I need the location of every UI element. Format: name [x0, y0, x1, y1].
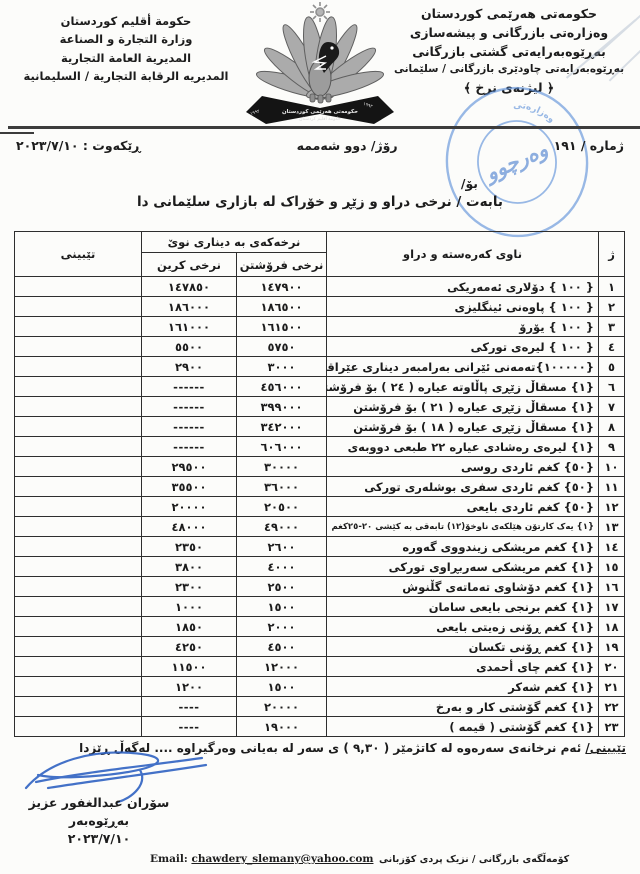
buy-price-value: ١٦١٠٠٠ — [141, 317, 236, 337]
row-number: ٩ — [599, 437, 625, 457]
note-cell — [14, 297, 141, 317]
header-kurdish-line: وەزارەتی بازرگانی و پیشەسازی — [384, 24, 634, 43]
sell-price-value: ١٨٦٥٠٠ — [237, 297, 327, 317]
footer-contact-line: کۆمەڵگەی بازرگانی / نزیک پردی کۆزبانی Em… — [0, 847, 636, 866]
blue-round-stamp: وەزارەتی بازرگانی و پیشەسازی وەرچوو — [432, 74, 602, 249]
note-cell — [14, 717, 141, 737]
sell-price-value: ١٦١٥٠٠ — [237, 317, 327, 337]
item-name: {٥٠} کغم ئاردی سفری بوشلەری تورکی — [327, 477, 599, 497]
sell-price-value: ٢٦٠٠ — [237, 537, 327, 557]
document-day: رۆژ/ دوو شەممە — [297, 138, 398, 153]
sell-price-value: ١٩٠٠٠ — [237, 717, 327, 737]
table-row: ٦{١} مسقاڵ زێڕی پاڵاوتە عیارە ( ٢٤ ) بۆ … — [14, 377, 624, 397]
item-name: {١} کغم ڕۆنی زەیتی بایعی — [327, 617, 599, 637]
sell-price-value: ٣٦٠٠٠ — [237, 477, 327, 497]
column-header-price-group: نرخەکەی بە دیناری نوێ — [141, 232, 326, 253]
table-row: ١٣{١} یەک کارتۆن هێلکەی ناوخۆ(١٢) تابەقی… — [14, 517, 624, 537]
emblem-ribbon-text-bottom: حكومة أقليم كردستان — [299, 115, 341, 122]
item-name: { ١٠٠ } پاوەنی ئینگلیزی — [327, 297, 599, 317]
buy-price-value: ---- — [141, 697, 236, 717]
buy-price-value: ------ — [141, 437, 236, 457]
row-number: ١٠ — [599, 457, 625, 477]
email-label: Email: — [150, 853, 188, 865]
item-name: {١} کغم گۆشتی کار و بەرخ — [327, 697, 599, 717]
sell-price-value: ١٢٠٠٠ — [237, 657, 327, 677]
buy-price-value: ------ — [141, 377, 236, 397]
row-number: ١ — [599, 277, 625, 297]
buy-price-value: ٢٣٥٠ — [141, 537, 236, 557]
table-row: ٢٠{١} کغم چای أحمدی١٢٠٠٠١١٥٠٠ — [14, 657, 624, 677]
email-link[interactable]: chawdery_slemany@yahoo.com — [191, 853, 373, 865]
table-row: ٨{١} مسقاڵ زێڕی عیارە ( ١٨ ) بۆ فرۆشتن٣٤… — [14, 417, 624, 437]
buy-price-value: ٣٨٠٠ — [141, 557, 236, 577]
note-cell — [14, 697, 141, 717]
table-header-group-row: ژ ناوی کەرەستە و دراو نرخەکەی بە دیناری … — [14, 232, 624, 253]
row-number: ٢١ — [599, 677, 625, 697]
header-arabic-line: وزارة التجارة و الصناعة — [6, 30, 246, 48]
header-arabic-line: حكومة أقليم كوردستان — [6, 12, 246, 30]
note-label: تێبینی/ — [585, 741, 626, 755]
buy-price-value: ٢٩٠٠ — [141, 357, 236, 377]
row-number: ١٤ — [599, 537, 625, 557]
krg-eagle-emblem-icon: حکومەتی هەرێمی کوردستان حكومة أقليم كردس… — [240, 0, 400, 128]
item-name: {١٠٠٠٠٠}تەمەنی ئێرانی بەرامبەر دیناری عێ… — [327, 357, 599, 377]
buy-price-value: ١٢٠٠ — [141, 677, 236, 697]
item-name: {٥٠} کغم ئاردی بایعی — [327, 497, 599, 517]
buy-price-value: ٢٠٠٠٠ — [141, 497, 236, 517]
buy-price-value: ------ — [141, 397, 236, 417]
row-number: ٤ — [599, 337, 625, 357]
buy-price-value: ------ — [141, 417, 236, 437]
to-label: بۆ/ — [461, 176, 478, 191]
table-row: ١١{٥٠} کغم ئاردی سفری بوشلەری تورکی٣٦٠٠٠… — [14, 477, 624, 497]
row-number: ١٢ — [599, 497, 625, 517]
column-header-number: ژ — [599, 232, 625, 277]
sell-price-value: ٤٩٠٠٠ — [237, 517, 327, 537]
header-kurdish-block: حکومەتی هەرێمی کوردستان وەزارەتی بازرگان… — [384, 5, 634, 98]
table-row: ٥{١٠٠٠٠٠}تەمەنی ئێرانی بەرامبەر دیناری ع… — [14, 357, 624, 377]
price-table: ژ ناوی کەرەستە و دراو نرخەکەی بە دیناری … — [14, 231, 625, 737]
buy-price-value: ٣٥٥٠٠ — [141, 477, 236, 497]
table-row: ٣{ ١٠٠ } یۆرۆ١٦١٥٠٠١٦١٠٠٠ — [14, 317, 624, 337]
signature-date: ٢٠٢٣/٧/١٠ — [14, 830, 184, 848]
emblem-ribbon-text-top: حکومەتی هەرێمی کوردستان — [282, 108, 358, 115]
table-row: ٩{١} لیرەی رەشادی عیارە ٢٢ طبعی دووبەی٦٠… — [14, 437, 624, 457]
sell-price-value: ٢٠٠٠ — [237, 617, 327, 637]
table-row: ١٦{١} کغم دۆشاوی تەماتەی گڵنوش٢٥٠٠٢٣٠٠ — [14, 577, 624, 597]
row-number: ٦ — [599, 377, 625, 397]
column-header-notes: تێبینی — [14, 232, 141, 277]
header-divider-line — [8, 126, 640, 129]
row-number: ١٩ — [599, 637, 625, 657]
header-kurdish-line: بەڕێوەبەرایەتی گشتی بازرگانی — [384, 43, 634, 62]
note-cell — [14, 477, 141, 497]
document-number: ژمارە / ١٩١ — [554, 138, 624, 153]
scanned-price-list-document: { "header": { "right_lines": { "0": "حکو… — [0, 0, 640, 874]
header-arabic-line: المديرية العامة التجارية — [6, 49, 246, 67]
note-cell — [14, 517, 141, 537]
row-number: ٢٠ — [599, 657, 625, 677]
table-row: ١٥{١} کغم مریشکی سەربڕاوی تورکی٤٠٠٠٣٨٠٠ — [14, 557, 624, 577]
sell-price-value: ٥٧٥٠ — [237, 337, 327, 357]
table-row: ٧{١} مسقاڵ زێڕی عیارە ( ٢١ ) بۆ فرۆشتن٣٩… — [14, 397, 624, 417]
header-arabic-block: حكومة أقليم كوردستان وزارة التجارة و الص… — [6, 12, 246, 86]
signer-block: سۆران عبدالغفور عزیز بەڕێوەبەر ٢٠٢٣/٧/١٠ — [14, 794, 184, 848]
note-cell — [14, 437, 141, 457]
buy-price-value: ١٨٥٠ — [141, 617, 236, 637]
sell-price-value: ١٥٠٠ — [237, 597, 327, 617]
header-kurdish-line: بەڕێوەبەرایەتی چاودێری بازرگانی / سلێمان… — [384, 61, 634, 78]
item-name: {١} کغم برنجی بایعی سامان — [327, 597, 599, 617]
item-name: {١} کغم دۆشاوی تەماتەی گڵنوش — [327, 577, 599, 597]
item-name: { ١٠٠ } لیرەی تورکی — [327, 337, 599, 357]
office-address: کۆمەڵگەی بازرگانی / نزیک پردی کۆزبانی — [379, 854, 569, 865]
row-number: ٥ — [599, 357, 625, 377]
table-row: ٢{ ١٠٠ } پاوەنی ئینگلیزی١٨٦٥٠٠١٨٦٠٠٠ — [14, 297, 624, 317]
buy-price-value: ٢٩٥٠٠ — [141, 457, 236, 477]
buy-price-value: ٤٨٠٠٠ — [141, 517, 236, 537]
header-kurdish-line: حکومەتی هەرێمی کوردستان — [384, 5, 634, 24]
note-text: ئەم نرخانەی سەرەوە لە کاتژمێر ( ٩,٣٠ ) ی… — [79, 741, 585, 755]
note-cell — [14, 557, 141, 577]
note-cell — [14, 457, 141, 477]
note-cell — [14, 617, 141, 637]
header-arabic-line: المديريه الرقابة التجارية / السليمانية — [6, 67, 246, 85]
price-committee-title: ﴿ لیژنەی نرخ ﴾ — [384, 78, 634, 98]
row-number: ١١ — [599, 477, 625, 497]
note-cell — [14, 417, 141, 437]
item-name: {١} کغم شەکر — [327, 677, 599, 697]
table-row: ١٩{١} کغم ڕۆنی تکسان٤٥٠٠٤٢٥٠ — [14, 637, 624, 657]
sell-price-value: ٣٠٠٠٠ — [237, 457, 327, 477]
table-row: ٤{ ١٠٠ } لیرەی تورکی٥٧٥٠٥٥٠٠ — [14, 337, 624, 357]
sell-price-value: ٣٩٩٠٠٠ — [237, 397, 327, 417]
table-row: ٢١{١} کغم شەکر١٥٠٠١٢٠٠ — [14, 677, 624, 697]
item-name: {١} کغم گۆشتی ( قیمە ) — [327, 717, 599, 737]
document-meta-row: ژمارە / ١٩١ رۆژ/ دوو شەممە ڕێکەوت : ٢٠٢٣… — [0, 138, 640, 153]
buy-price-value: ٢٣٠٠ — [141, 577, 236, 597]
item-name: {١} مسقاڵ زێڕی عیارە ( ١٨ ) بۆ فرۆشتن — [327, 417, 599, 437]
note-cell — [14, 637, 141, 657]
email-group: Email: chawdery_slemany@yahoo.com — [150, 853, 373, 865]
note-cell — [14, 357, 141, 377]
row-number: ١٧ — [599, 597, 625, 617]
row-number: ٢٢ — [599, 697, 625, 717]
sell-price-value: ١٥٠٠ — [237, 677, 327, 697]
signer-title: بەڕێوەبەر — [14, 812, 184, 830]
table-row: ٢٣{١} کغم گۆشتی ( قیمە )١٩٠٠٠---- — [14, 717, 624, 737]
item-name: {١} کغم ڕۆنی تکسان — [327, 637, 599, 657]
item-name: {١} کغم مریشکی زیندووی گەورە — [327, 537, 599, 557]
table-row: ١٤{١} کغم مریشکی زیندووی گەورە٢٦٠٠٢٣٥٠ — [14, 537, 624, 557]
row-number: ٧ — [599, 397, 625, 417]
subject-line: بابەت / نرخی دراو و زێڕ و خۆراک لە بازار… — [0, 194, 640, 210]
sell-price-value: ٤٥٦٠٠٠ — [237, 377, 327, 397]
table-row: ٢٢{١} کغم گۆشتی کار و بەرخ٢٠٠٠٠---- — [14, 697, 624, 717]
note-cell — [14, 397, 141, 417]
footer-note-line: تێبینی/ ئەم نرخانەی سەرەوە لە کاتژمێر ( … — [14, 741, 626, 755]
row-number: ٢٣ — [599, 717, 625, 737]
sell-price-value: ٢٠٠٠٠ — [237, 697, 327, 717]
buy-price-value: ١٨٦٠٠٠ — [141, 297, 236, 317]
sell-price-value: ٣٠٠٠ — [237, 357, 327, 377]
row-number: ٨ — [599, 417, 625, 437]
row-number: ٣ — [599, 317, 625, 337]
item-name: {١} مسقاڵ زێڕی پاڵاوتە عیارە ( ٢٤ ) بۆ ف… — [327, 377, 599, 397]
note-cell — [14, 537, 141, 557]
price-table-body: ١{ ١٠٠ } دۆلاری ئەمەریکی١٤٧٩٠٠١٤٧٨٥٠٢{ ١… — [14, 277, 624, 737]
item-name: {١} مسقاڵ زێڕی عیارە ( ٢١ ) بۆ فرۆشتن — [327, 397, 599, 417]
column-header-sell-price: نرخی فرۆشتن — [237, 253, 327, 277]
buy-price-value: ٤٢٥٠ — [141, 637, 236, 657]
note-cell — [14, 677, 141, 697]
item-name: {١} کغم مریشکی سەربڕاوی تورکی — [327, 557, 599, 577]
note-cell — [14, 337, 141, 357]
buy-price-value: ٥٥٠٠ — [141, 337, 236, 357]
sell-price-value: ٢٥٠٠ — [237, 577, 327, 597]
header-divider-short-segment — [0, 132, 34, 134]
column-header-buy-price: نرخی کرین — [141, 253, 236, 277]
item-name: {١} کغم چای أحمدی — [327, 657, 599, 677]
sell-price-value: ١٤٧٩٠٠ — [237, 277, 327, 297]
table-row: ١٨{١} کغم ڕۆنی زەیتی بایعی٢٠٠٠١٨٥٠ — [14, 617, 624, 637]
item-name: {١} یەک کارتۆن هێلکەی ناوخۆ(١٢) تابەقی ب… — [327, 517, 599, 537]
emblem-sun-icon — [310, 2, 330, 22]
table-row: ١{ ١٠٠ } دۆلاری ئەمەریکی١٤٧٩٠٠١٤٧٨٥٠ — [14, 277, 624, 297]
sell-price-value: ٤٥٠٠ — [237, 637, 327, 657]
document-date: ڕێکەوت : ٢٠٢٣/٧/١٠ — [16, 138, 141, 153]
row-number: ١٨ — [599, 617, 625, 637]
row-number: ١٣ — [599, 517, 625, 537]
row-number: ١٥ — [599, 557, 625, 577]
buy-price-value: ١٤٧٨٥٠ — [141, 277, 236, 297]
buy-price-value: ١٠٠٠ — [141, 597, 236, 617]
note-cell — [14, 277, 141, 297]
column-header-item-name: ناوی کەرەستە و دراو — [327, 232, 599, 277]
table-row: ١٢{٥٠} کغم ئاردی بایعی٢٠٥٠٠٢٠٠٠٠ — [14, 497, 624, 517]
note-cell — [14, 497, 141, 517]
signer-name: سۆران عبدالغفور عزیز — [14, 794, 184, 812]
item-name: { ١٠٠ } دۆلاری ئەمەریکی — [327, 277, 599, 297]
table-row: ١٠{٥٠} کغم ئاردی روسی٣٠٠٠٠٢٩٥٠٠ — [14, 457, 624, 477]
note-cell — [14, 317, 141, 337]
sell-price-value: ٦٠٦٠٠٠ — [237, 437, 327, 457]
table-row: ١٧{١} کغم برنجی بایعی سامان١٥٠٠١٠٠٠ — [14, 597, 624, 617]
note-cell — [14, 597, 141, 617]
buy-price-value: ---- — [141, 717, 236, 737]
buy-price-value: ١١٥٠٠ — [141, 657, 236, 677]
note-cell — [14, 657, 141, 677]
item-name: { ١٠٠ } یۆرۆ — [327, 317, 599, 337]
sell-price-value: ٢٠٥٠٠ — [237, 497, 327, 517]
sell-price-value: ٤٠٠٠ — [237, 557, 327, 577]
sell-price-value: ٣٤٢٠٠٠ — [237, 417, 327, 437]
note-cell — [14, 377, 141, 397]
note-cell — [14, 577, 141, 597]
row-number: ١٦ — [599, 577, 625, 597]
item-name: {١} لیرەی رەشادی عیارە ٢٢ طبعی دووبەی — [327, 437, 599, 457]
row-number: ٢ — [599, 297, 625, 317]
item-name: {٥٠} کغم ئاردی روسی — [327, 457, 599, 477]
